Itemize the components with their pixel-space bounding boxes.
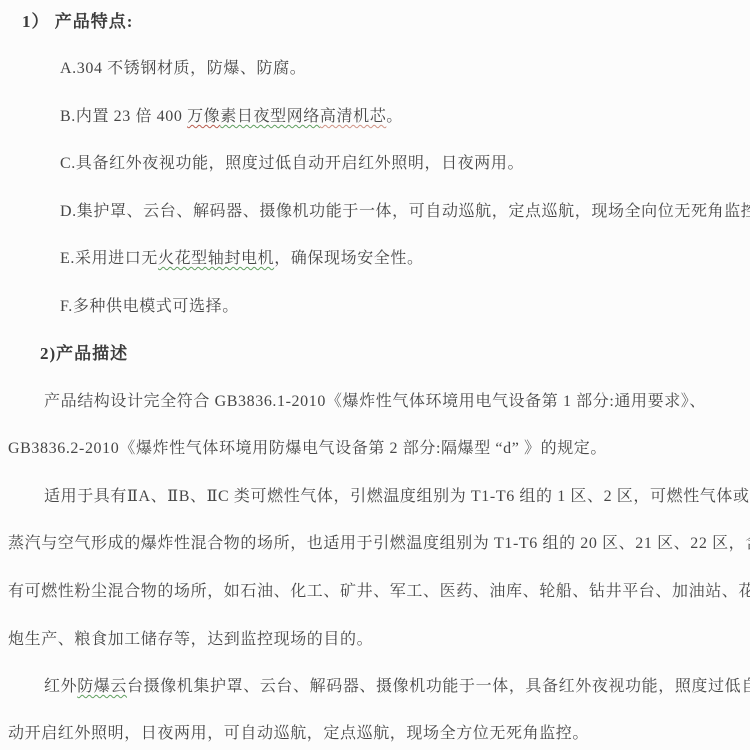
feature-item-a: A.304 不锈钢材质，防爆、防腐。 bbox=[60, 59, 306, 79]
paragraph-3-text: 台摄像机集护罩、云台、解码器、摄像机功能于一体，具备红外夜视功能，照度过低自 bbox=[127, 678, 750, 695]
feature-item-e-text: E.采用进口无 bbox=[60, 250, 158, 267]
feature-item-b-text: 。 bbox=[386, 108, 403, 125]
feature-item-b-text: B.内置 23 倍 400 bbox=[60, 108, 187, 125]
feature-item-e-text: ，确保现场安全性。 bbox=[274, 250, 423, 267]
document-page: 1） 产品特点: A.304 不锈钢材质，防爆、防腐。 B.内置 23 倍 40… bbox=[0, 0, 750, 750]
grammar-flagged-text: 火花型轴封电机 bbox=[158, 250, 274, 267]
paragraph-3-line-2: 动开启红外照明，日夜两用，可自动巡航，定点巡航，现场全方位无死角监控。 bbox=[8, 724, 589, 744]
feature-item-d: D.集护罩、云台、解码器、摄像机功能于一体，可自动巡航，定点巡航，现场全向位无死… bbox=[60, 202, 750, 222]
paragraph-3-text: 红外 bbox=[44, 678, 77, 695]
paragraph-1-line-1: 产品结构设计完全符合 GB3836.1-2010《爆炸性气体环境用电气设备第 1… bbox=[44, 392, 706, 412]
grammar-flagged-text: 素日夜型网络 bbox=[220, 108, 320, 125]
grammar-flagged-text: 防爆云 bbox=[77, 678, 127, 695]
paragraph-2-line-1: 适用于具有ⅡA、ⅡB、ⅡC 类可燃性气体，引燃温度组别为 T1-T6 组的 1 … bbox=[44, 487, 750, 507]
feature-item-f: F.多种供电模式可选择。 bbox=[60, 297, 239, 317]
section-heading-product-features: 1） 产品特点: bbox=[22, 12, 133, 32]
paragraph-2-line-4: 炮生产、粮食加工储存等，达到监控现场的目的。 bbox=[8, 630, 373, 650]
paragraph-3-line-1: 红外防爆云台摄像机集护罩、云台、解码器、摄像机功能于一体，具备红外夜视功能，照度… bbox=[44, 677, 750, 697]
feature-item-b: B.内置 23 倍 400 万像素日夜型网络高清机芯。 bbox=[60, 107, 403, 127]
spellcheck-flagged-text: 高清机芯 bbox=[320, 108, 386, 125]
spellcheck-flagged-text: 万像 bbox=[187, 108, 220, 125]
feature-item-c: C.具备红外夜视功能，照度过低自动开启红外照明，日夜两用。 bbox=[60, 154, 524, 174]
section-heading-product-description: 2)产品描述 bbox=[40, 344, 128, 364]
paragraph-2-line-3: 有可燃性粉尘混合物的场所，如石油、化工、矿井、军工、医药、油库、轮船、钻井平台、… bbox=[8, 582, 750, 602]
paragraph-2-line-2: 蒸汽与空气形成的爆炸性混合物的场所，也适用于引燃温度组别为 T1-T6 组的 2… bbox=[8, 534, 750, 554]
paragraph-1-line-2: GB3836.2-2010《爆炸性气体环境用防爆电气设备第 2 部分:隔爆型 “… bbox=[8, 439, 607, 459]
feature-item-e: E.采用进口无火花型轴封电机，确保现场安全性。 bbox=[60, 249, 424, 269]
